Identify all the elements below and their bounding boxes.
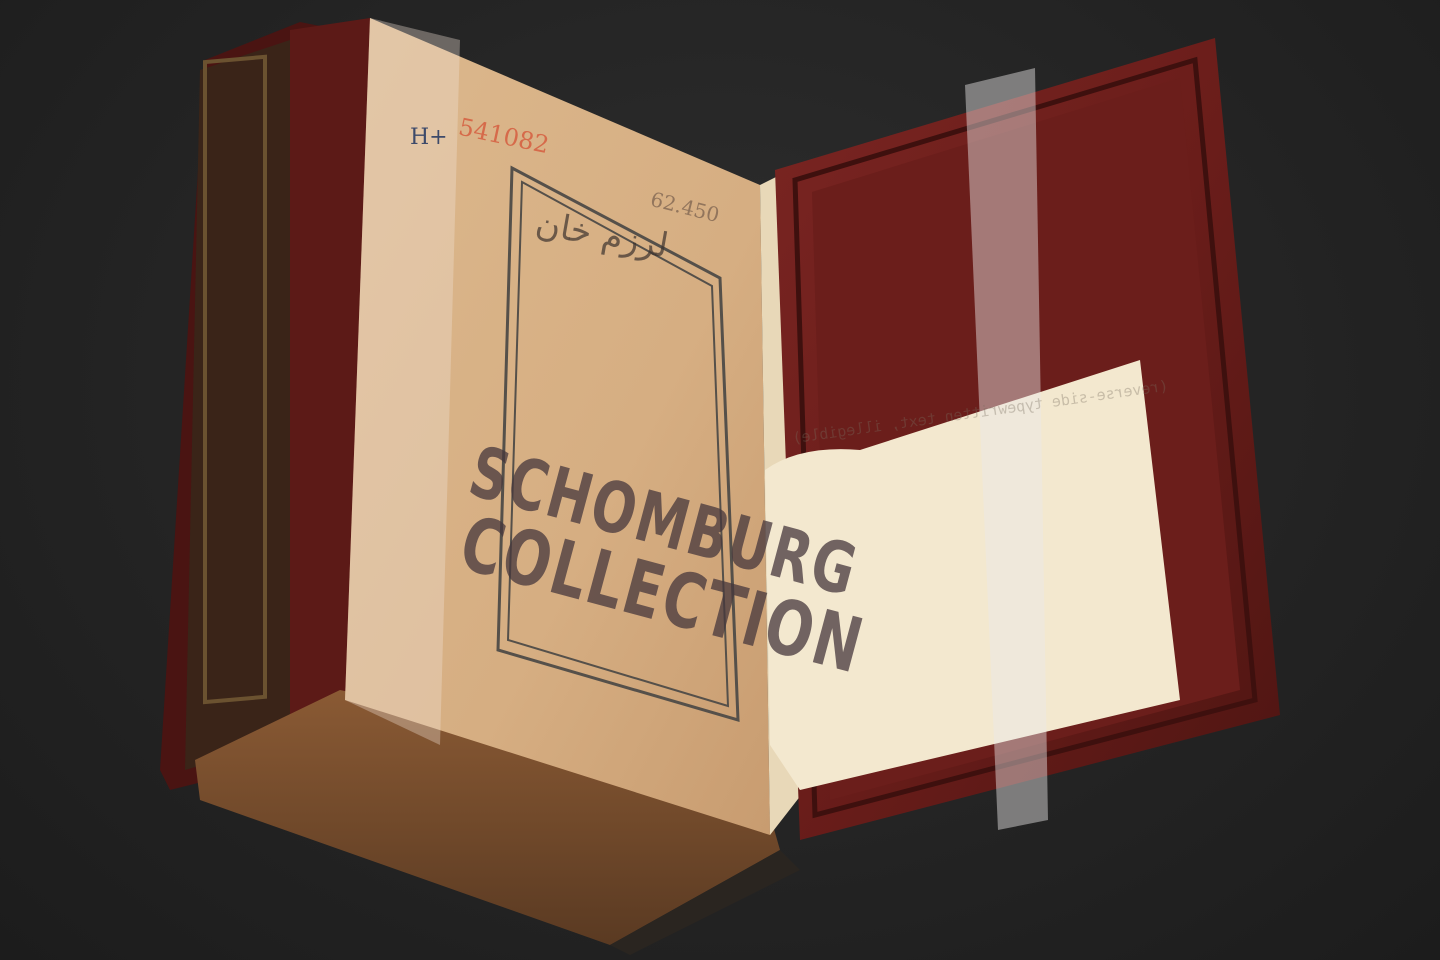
book-spine (160, 18, 370, 790)
photo-scene: H+ 541082 62.450 لرزم خان SCHOMBURG COLL… (0, 0, 1440, 960)
call-number-blue: H+ (410, 125, 448, 150)
book-illustration (0, 0, 1440, 960)
